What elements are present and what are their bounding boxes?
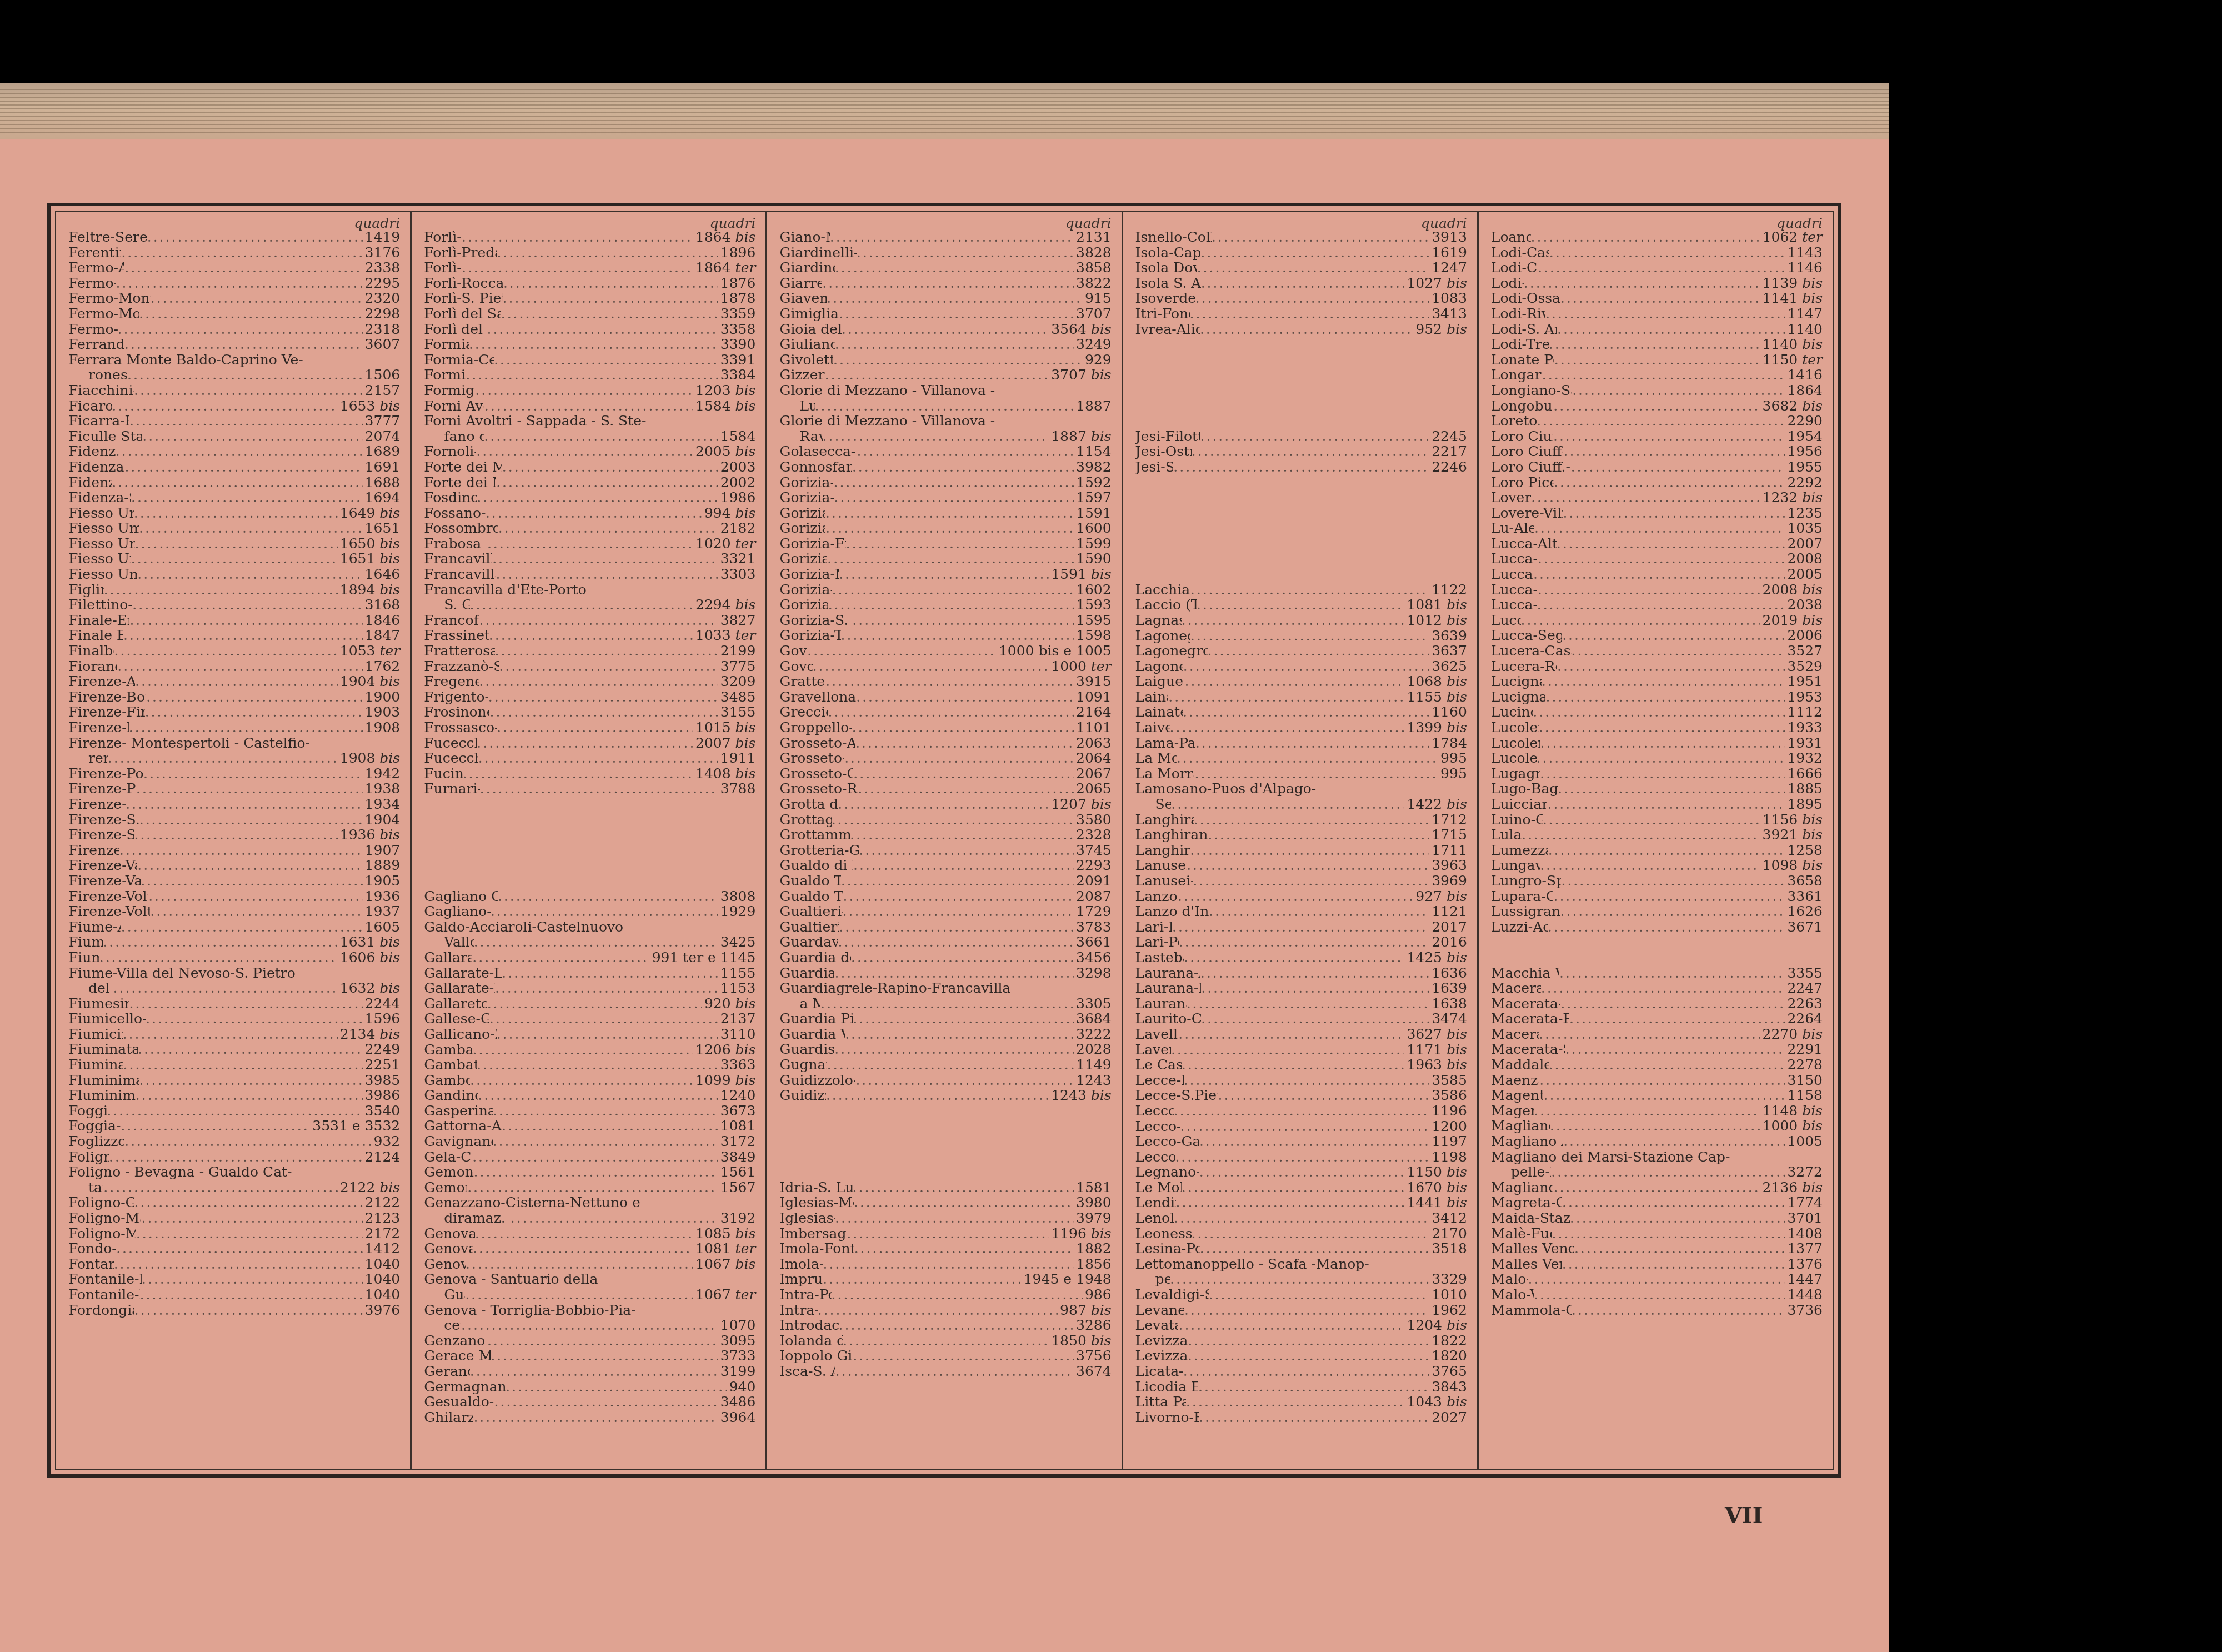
route-name: Finale Emilia-Cento xyxy=(68,628,123,643)
dot-leader xyxy=(484,429,718,444)
table-number-value: 2006 xyxy=(1787,627,1823,643)
table-number: 3788 xyxy=(718,781,756,797)
table-number: 1015 bis xyxy=(693,720,755,735)
dot-leader xyxy=(843,889,1074,904)
table-number-value: 3222 xyxy=(1076,1026,1112,1042)
index-entry: Luzzi-Acri Bisignano3671 xyxy=(1491,919,1823,935)
route-name: Laurito-Centola Stazione xyxy=(1135,1011,1202,1027)
route-name: Gonnosfanadiga-San Gavino xyxy=(779,459,852,475)
index-entry: Fiesso Umbertiano-Ferrara1651 xyxy=(68,520,400,536)
table-number-value: 1639 xyxy=(1432,980,1467,996)
table-number: 1651 bis xyxy=(338,551,400,567)
table-number: 3272 xyxy=(1785,1164,1823,1180)
dot-leader xyxy=(117,659,362,674)
dot-leader xyxy=(141,873,362,889)
dot-leader xyxy=(1188,1333,1429,1349)
table-number-value: 2134 xyxy=(340,1026,376,1042)
table-number-value: 1158 xyxy=(1787,1087,1823,1103)
table-number: 1670 bis xyxy=(1404,1180,1467,1195)
table-number-value: 1091 xyxy=(1076,689,1112,705)
route-name: Glorie di Mezzano - Villanova - xyxy=(779,413,1111,429)
index-entry: Lucca-Montecarlo2008 bis xyxy=(1491,582,1823,598)
route-name: Gambolò-Mortara xyxy=(424,1073,470,1088)
table-number-suffix: bis xyxy=(1447,796,1467,812)
dot-leader xyxy=(1171,1042,1404,1058)
index-entry: Genzano di Roma-Nemi3095 xyxy=(424,1333,755,1349)
table-number-value: 1936 xyxy=(365,888,401,904)
table-number-value: 1015 xyxy=(695,719,731,735)
index-entry: Lecce-S.Pietro in Lama-Copertino3586 xyxy=(1135,1088,1467,1103)
route-name: Lula-Ozieri xyxy=(1491,827,1522,843)
index-entry: Longobucco-Camigliatello3682 bis xyxy=(1491,398,1823,414)
table-number: 3305 xyxy=(1074,996,1112,1012)
table-number: 1856 xyxy=(1074,1256,1112,1272)
route-name: Macerata-S. Croce xyxy=(1491,1027,1539,1042)
table-number: 2006 xyxy=(1785,628,1823,643)
dot-leader xyxy=(1201,1011,1429,1027)
table-number-value: 3384 xyxy=(720,367,756,383)
index-column-4: quadriIsnello-Collesano-Campofelice3913I… xyxy=(1123,212,1479,1469)
route-name: Ghilarza-Sorgono xyxy=(424,1410,473,1425)
table-number: 1053 ter xyxy=(338,643,400,659)
route-name: Firenze-Pontassieve-Bibbiena xyxy=(68,766,143,782)
route-name: Laigueglia-Albenga xyxy=(1135,674,1185,689)
table-number-value: 1638 xyxy=(1432,995,1467,1012)
route-name: Lamosano-Puos d'Alpago- xyxy=(1135,781,1467,797)
index-entry: Fiacchini-Poggio Mirteto2157 xyxy=(68,383,400,398)
table-number-value: 3775 xyxy=(720,658,756,674)
index-entry: Lanusei-Barisardo3963 xyxy=(1135,858,1467,873)
table-number-suffix: bis xyxy=(1447,1026,1467,1042)
table-number: 1908 bis xyxy=(338,750,400,766)
table-number: 1143 xyxy=(1785,245,1823,261)
index-entry: Gavignano-Segni Stazione3172 xyxy=(424,1134,755,1149)
index-entry: Litta Parodi-Tortona1043 bis xyxy=(1135,1394,1467,1410)
route-name: Magliano Alfieri-Priocca xyxy=(1491,1118,1550,1134)
index-entry: Germagnano-Usseglio-Margone940 xyxy=(424,1379,755,1395)
dot-leader xyxy=(1190,843,1429,858)
index-entry: Imbersago-Cernusco Merate1196 bis xyxy=(779,1226,1111,1241)
dot-leader xyxy=(1545,306,1785,322)
table-number-value: 1882 xyxy=(1076,1240,1112,1256)
dot-leader xyxy=(807,643,997,659)
route-name: Lanzo d'Intelvi-Como-Milano xyxy=(1135,904,1209,919)
route-name: Gizzeria-Nicastro xyxy=(779,367,824,383)
route-name: Lavello-Stazione xyxy=(1135,1027,1179,1042)
index-entry: Fontanile-Nizza Monferrato1040 xyxy=(68,1287,400,1303)
table-number: 1158 xyxy=(1785,1088,1823,1103)
table-number-value: 1626 xyxy=(1787,903,1823,919)
table-number-value: 3425 xyxy=(720,934,756,950)
table-number: 2008 bis xyxy=(1760,582,1823,598)
index-entry: Gallarate-Borgomanero991 ter e 1145 xyxy=(424,950,755,965)
table-number-suffix: bis xyxy=(379,505,400,521)
dot-leader xyxy=(1552,1226,1785,1241)
table-number: 2170 xyxy=(1429,1226,1467,1241)
table-number: 1207 bis xyxy=(1049,797,1111,812)
table-number-value: 2005 xyxy=(695,443,731,459)
table-number: 1889 xyxy=(363,858,401,873)
table-number-value: 1894 xyxy=(340,582,376,598)
table-number-suffix: bis xyxy=(735,398,756,414)
table-number: 2328 xyxy=(1074,827,1112,843)
table-number-value: 3701 xyxy=(1787,1210,1823,1226)
table-number-value: 1141 xyxy=(1763,290,1798,306)
table-number: 3413 xyxy=(1429,306,1467,322)
index-entry: Fucecchio-Stazione1911 xyxy=(424,750,755,766)
table-number-value: 915 xyxy=(1085,290,1112,306)
route-name: Lodi-Treviglio-Bergamo xyxy=(1491,337,1549,352)
table-number-value: 2028 xyxy=(1076,1041,1112,1057)
table-number-value: 3777 xyxy=(365,413,401,429)
table-number: 1895 xyxy=(1785,797,1823,812)
table-number: 1153 xyxy=(718,980,756,996)
index-entry: Lussigrande-Lussinpiccolo1626 xyxy=(1491,904,1823,919)
route-name: Malo-Valdagno xyxy=(1491,1287,1534,1303)
route-name: Lama-Pavullo-Modena xyxy=(1135,735,1195,751)
dot-leader xyxy=(838,934,1074,950)
table-number-value: 2091 xyxy=(1076,873,1112,889)
table-number-value: 3963 xyxy=(1432,857,1467,873)
index-entry: Fiorano-Sassuolo1762 xyxy=(68,659,400,674)
index-entry: Leonessa-Antrodoco2170 xyxy=(1135,1226,1467,1241)
route-name: Gioia del Colle-S. Michele xyxy=(779,322,842,337)
table-number-value: 1762 xyxy=(365,658,401,674)
index-entry: Iolanda di Savoia-Copparo1850 bis xyxy=(779,1333,1111,1349)
route-name: Ferentino-Stazione xyxy=(68,245,121,261)
dot-leader xyxy=(135,536,338,552)
table-number-value: 3964 xyxy=(720,1409,756,1425)
table-number-value: 1885 xyxy=(1787,780,1823,797)
table-number: 2264 xyxy=(1785,1011,1823,1027)
dot-leader xyxy=(828,597,1074,613)
table-number: 1651 xyxy=(363,520,401,536)
table-number-value: 1651 xyxy=(340,550,376,567)
route-name-continuation: pelle-Magliano xyxy=(1511,1164,1552,1180)
table-number: 994 bis xyxy=(702,505,756,521)
table-number-value: 2244 xyxy=(365,995,401,1012)
dot-leader xyxy=(1572,1303,1785,1318)
dot-leader xyxy=(1558,781,1785,797)
table-number: 3777 xyxy=(363,413,401,429)
table-number-suffix: bis xyxy=(1447,1317,1467,1333)
dot-leader xyxy=(857,245,1074,261)
dot-leader xyxy=(843,904,1074,919)
table-number-value: 1694 xyxy=(365,489,401,505)
index-entry: Lama-Pavullo-Modena1784 xyxy=(1135,735,1467,751)
table-number-value: 1198 xyxy=(1432,1149,1467,1165)
dot-leader xyxy=(126,797,362,812)
index-entry: Levizzano-Bologna1822 xyxy=(1135,1333,1467,1349)
route-name: Laurana-Montemaggiore xyxy=(1135,980,1202,996)
table-number: 1876 xyxy=(718,276,756,291)
index-entry: Luicciana-Mercatale1895 xyxy=(1491,797,1823,812)
dot-leader xyxy=(146,1011,363,1027)
table-number-value: 2318 xyxy=(365,321,401,337)
table-number: 3673 xyxy=(718,1103,756,1119)
dot-leader xyxy=(143,766,363,782)
table-number: 3625 xyxy=(1429,659,1467,674)
index-entry: Lu-Alessandria1035 xyxy=(1491,520,1823,536)
route-name: Francavilla al mare-Chieti xyxy=(424,551,492,567)
route-name: Fiuminata-Castelraimondo xyxy=(68,1042,138,1057)
index-entry: Genova-Apparizione1085 bis xyxy=(424,1226,755,1241)
route-name: Gallarate-Borgomanero xyxy=(424,950,472,965)
dot-leader xyxy=(1570,1210,1785,1226)
index-entry: Govone-Asti1000 ter xyxy=(779,659,1111,674)
index-entry: Gualtieri Sic.-S. Lucia3783 xyxy=(779,919,1111,935)
table-number-suffix: ter xyxy=(379,643,400,659)
dot-leader xyxy=(1542,674,1785,689)
index-entry: Fiesso Umb.-Fratta Polesine1650 bis xyxy=(68,536,400,552)
route-name: Lucera-Roseto Valfortore xyxy=(1491,659,1557,674)
table-number: 1206 bis xyxy=(693,1042,755,1058)
table-number: 1408 bis xyxy=(693,766,755,782)
index-entry: Gorizia-Fiumicello-Grado1599 xyxy=(779,536,1111,552)
index-entry: Forni Avoltri-Comeglians1584 bis xyxy=(424,398,755,414)
index-entry: Ferrara Monte Baldo-Caprino Ve-ronese-Ve… xyxy=(68,352,400,383)
dot-leader xyxy=(472,1149,718,1165)
index-entry: Forlì-Rocca S. Casciano-Firenze1876 xyxy=(424,276,755,291)
route-name: Imbersago-Cernusco Merate xyxy=(779,1226,847,1241)
dot-leader xyxy=(116,1241,362,1256)
table-number-value: 2019 xyxy=(1763,612,1798,628)
table-number-value: 1154 xyxy=(1076,443,1112,459)
index-entry: Firenze-Volterra (v.S. Gimignano)1937 xyxy=(68,904,400,919)
dot-leader xyxy=(834,965,1074,981)
index-entry: Lanusei-Gennecresia3969 xyxy=(1135,873,1467,889)
route-name: Fiume-Villa del Nevoso-S. Pietro xyxy=(68,965,400,981)
dot-leader xyxy=(129,413,363,429)
table-number: 1666 xyxy=(1785,766,1823,782)
route-name: Ivrea-Alice Super.-Rueglio xyxy=(1135,322,1200,337)
index-entry: Guardistallo-Cecina2028 xyxy=(779,1042,1111,1057)
route-name: Forlì-Mendola xyxy=(424,229,462,245)
table-number: 3286 xyxy=(1074,1318,1112,1333)
table-number-suffix: bis xyxy=(1447,719,1467,735)
column-header: quadri xyxy=(1491,217,1823,229)
route-name-continuation: diramaz. Cisterna-Tre Ponti xyxy=(444,1210,511,1226)
index-entry: Foligno - Bevagna - Gualdo Cat-taneo2122… xyxy=(68,1164,400,1195)
dot-leader xyxy=(136,1226,363,1241)
table-number-value: 3979 xyxy=(1076,1210,1112,1226)
dot-leader xyxy=(139,306,362,322)
route-name: Longarone-Fusine xyxy=(1491,367,1542,383)
dot-leader xyxy=(1571,459,1785,475)
dot-leader xyxy=(131,490,363,505)
table-number: 1140 bis xyxy=(1760,337,1823,352)
dot-leader xyxy=(853,1180,1074,1195)
route-name: Longiano-Savignano di Romagna xyxy=(1491,383,1572,398)
index-entry: Lugo-Bagnara-Case Volta1885 xyxy=(1491,781,1823,797)
table-number: 1595 xyxy=(1074,613,1112,628)
table-number-value: 3298 xyxy=(1076,965,1112,981)
route-name: Fiume-Clana xyxy=(68,934,103,950)
dot-leader xyxy=(1178,1318,1404,1333)
table-number: 927 bis xyxy=(1413,889,1467,904)
table-number-suffix: bis xyxy=(735,1042,756,1058)
index-entry: Lagonegro-Sapri3625 xyxy=(1135,659,1467,674)
table-number-value: 1040 xyxy=(365,1256,401,1272)
route-name: Laurana-Postumia xyxy=(1135,996,1187,1012)
table-number: 1412 xyxy=(363,1241,401,1256)
table-number-value: 1247 xyxy=(1432,259,1467,276)
route-name: Gorizia-Palmanova xyxy=(779,582,832,598)
route-name: Gambara-Cremona xyxy=(424,1042,472,1058)
route-name: Leonessa-Antrodoco xyxy=(1135,1226,1192,1241)
dot-leader xyxy=(474,1164,718,1180)
route-name: Firenze-S. Donato-Reggello xyxy=(68,812,139,828)
index-entry: Loro Ciuffenna-Montevarchi1956 xyxy=(1491,444,1823,459)
index-entry: Gualdo Tadino-Perugia2091 xyxy=(779,873,1111,889)
table-number-value: 1962 xyxy=(1432,1302,1467,1318)
table-number-value: 1441 xyxy=(1407,1194,1442,1210)
dot-leader xyxy=(839,1318,1074,1333)
table-number-value: 1067 xyxy=(695,1256,731,1272)
table-number: 3674 xyxy=(1074,1364,1112,1379)
route-name: Genova - Santuario della xyxy=(424,1271,755,1287)
dot-leader xyxy=(1563,505,1785,521)
index-column-5: quadriLoano-Albenga1062 terLodi-Cassino … xyxy=(1479,212,1833,1469)
route-name: Jesi-Filottrano-Macerata xyxy=(1135,429,1200,444)
table-number-value: 1196 xyxy=(1051,1225,1087,1241)
route-name: Fucecchio-Stazione xyxy=(424,750,478,766)
dot-leader xyxy=(136,1088,363,1103)
route-name: Lagonegro-Senise-Nova Siri xyxy=(1135,643,1208,659)
table-number-value: 3110 xyxy=(720,1026,756,1042)
index-entry: Itri-Fondi-Terracina3413 xyxy=(1135,306,1467,322)
index-entry: Iglesias-Monteponi (Miniere)3980 xyxy=(779,1195,1111,1210)
index-entry: Grosseto-Castiglione Pescaja2067 xyxy=(779,766,1111,782)
route-name: Magenta-Milano xyxy=(1491,1103,1534,1119)
table-number-suffix: bis xyxy=(1802,290,1823,306)
route-name: Macerata-Ancona xyxy=(1491,980,1541,996)
index-entry: Magliano dei Marsi-Stazione Cap-pelle-Ma… xyxy=(1491,1149,1823,1180)
table-number: 3321 xyxy=(718,551,756,567)
table-number-value: 2131 xyxy=(1076,229,1112,245)
dot-leader xyxy=(1178,1027,1404,1042)
route-name: Lodi-Cassino d'Alberi xyxy=(1491,245,1549,261)
table-number-value: 1160 xyxy=(1432,704,1467,720)
table-number-value: 1416 xyxy=(1787,367,1823,383)
dot-leader xyxy=(1194,812,1429,828)
dot-leader xyxy=(1170,1271,1429,1287)
index-entry: Lucolena-Figline1933 xyxy=(1491,720,1823,735)
index-entry: Gorizia-Cervignano1592 xyxy=(779,475,1111,490)
route-name: Fiume-Albona-Pola xyxy=(68,919,121,935)
dot-leader xyxy=(475,1226,693,1241)
route-name: Guardia Vomano-Teramo xyxy=(779,1027,845,1042)
table-number-value: 1000 xyxy=(1051,658,1087,674)
table-number-value: 995 xyxy=(1440,750,1467,766)
table-number-value: 3980 xyxy=(1076,1194,1112,1210)
route-name: Lucca-Segromigno a Monte xyxy=(1491,628,1562,643)
table-number-suffix: ter xyxy=(1802,352,1823,368)
table-number: 1419 xyxy=(363,229,401,245)
table-number: 1864 xyxy=(1785,383,1823,398)
route-name: Malè-Fucine-Vermiglio xyxy=(1491,1226,1552,1241)
table-number: 3531 e 3532 xyxy=(310,1118,400,1134)
index-entry: Fiuminata-Castelraimondo2249 xyxy=(68,1042,400,1057)
table-number: 1020 ter xyxy=(693,536,755,552)
route-name: Longobucco-Camigliatello xyxy=(1491,398,1554,414)
table-number: 1822 xyxy=(1429,1333,1467,1349)
table-number: 1598 xyxy=(1074,628,1112,643)
table-number: 1962 xyxy=(1429,1303,1467,1318)
index-entry: Lamosano-Puos d'Alpago-Secca1422 bis xyxy=(1135,781,1467,812)
dot-leader xyxy=(477,735,693,751)
table-number-suffix: bis xyxy=(1091,1087,1112,1103)
table-number: 3964 xyxy=(718,1410,756,1425)
index-entry: Luino-Graglio-Armio1156 bis xyxy=(1491,812,1823,828)
table-number: 3527 xyxy=(1785,643,1823,659)
route-name: Fermo-Macerata xyxy=(68,276,116,291)
table-number: 1653 bis xyxy=(338,398,400,414)
table-number-value: 2251 xyxy=(365,1057,401,1073)
dot-leader xyxy=(487,1333,718,1349)
table-number-value: 1887 xyxy=(1076,398,1112,414)
dot-leader xyxy=(496,567,718,582)
dot-leader xyxy=(1562,1195,1785,1210)
dot-leader xyxy=(473,1410,718,1425)
dot-leader xyxy=(473,1241,693,1256)
table-number-value: 3736 xyxy=(1787,1302,1823,1318)
route-name: Gualdo Tadino-Stazione xyxy=(779,889,843,904)
table-number-value: 3682 xyxy=(1763,398,1798,414)
route-name: Genzano di Roma-Nemi xyxy=(424,1333,487,1349)
route-name: Fiesso Umbertiano-Ferrara xyxy=(68,520,139,536)
index-entry: Licata-Agrigento3765 xyxy=(1135,1364,1467,1379)
index-entry: Frassineto Po-Casale Monf.1033 ter xyxy=(424,628,755,643)
route-name: Lanusei-Barisardo xyxy=(1135,858,1187,873)
index-entry: Maida-Stazione Maida S. Pietro3701 xyxy=(1491,1210,1823,1226)
route-name: Fiume-Pola xyxy=(68,950,99,965)
route-name: Gualdo Tadino-Perugia xyxy=(779,873,841,889)
route-name: Lagonegro-Sapri xyxy=(1135,659,1183,674)
table-number: 1146 xyxy=(1785,260,1823,276)
index-entry: Forni Avoltri - Sappada - S. Ste-fano di… xyxy=(424,413,755,444)
route-name: Langhirano-Corniglio xyxy=(1135,812,1194,828)
table-number: 1235 xyxy=(1785,505,1823,521)
route-name: Fiumicino-Ostia Mare xyxy=(68,1027,123,1042)
dot-leader xyxy=(467,1180,718,1195)
index-entry: Macerata-Porto Potenza Picena2264 xyxy=(1491,1011,1823,1027)
route-name: Forlì-S. Pietro in Vinc.-Ravenna xyxy=(424,291,502,306)
index-entry: Lagonegro-Senise-Nova Siri3637 xyxy=(1135,643,1467,659)
table-number-value: 2245 xyxy=(1432,428,1467,444)
route-name: Lonate Pozz.-Busto Arsizio xyxy=(1491,352,1554,368)
dot-leader xyxy=(1545,689,1785,705)
dot-leader xyxy=(502,1118,718,1134)
index-entry: Isoverde-Pontedecimo1083 xyxy=(1135,291,1467,306)
table-number-value: 3969 xyxy=(1432,873,1467,889)
index-entry: Ficarolo-Stellata1653 bis xyxy=(68,398,400,414)
table-number: 1376 xyxy=(1785,1256,1823,1272)
table-number-value: 1447 xyxy=(1787,1271,1823,1287)
index-entry: Laurana-Montemaggiore1639 xyxy=(1135,980,1467,996)
route-name: Intra-Trobaso xyxy=(779,1303,817,1318)
route-name: Guardia Piemontese-Cetraro xyxy=(779,1011,853,1027)
route-name: Forlì-Ravenna xyxy=(424,260,462,276)
table-number-value: 2003 xyxy=(720,459,756,475)
route-name: Govone-Alba xyxy=(779,643,807,659)
table-number-value: 2064 xyxy=(1076,750,1112,766)
table-number-value: 1591 xyxy=(1076,505,1112,521)
table-number: 1000 ter xyxy=(1049,659,1111,674)
table-number: 1000 bis e 1005 xyxy=(997,643,1112,659)
route-name: Giulianova-Stazione xyxy=(779,337,834,352)
route-name: Lussigrande-Lussinpiccolo xyxy=(1491,904,1560,919)
